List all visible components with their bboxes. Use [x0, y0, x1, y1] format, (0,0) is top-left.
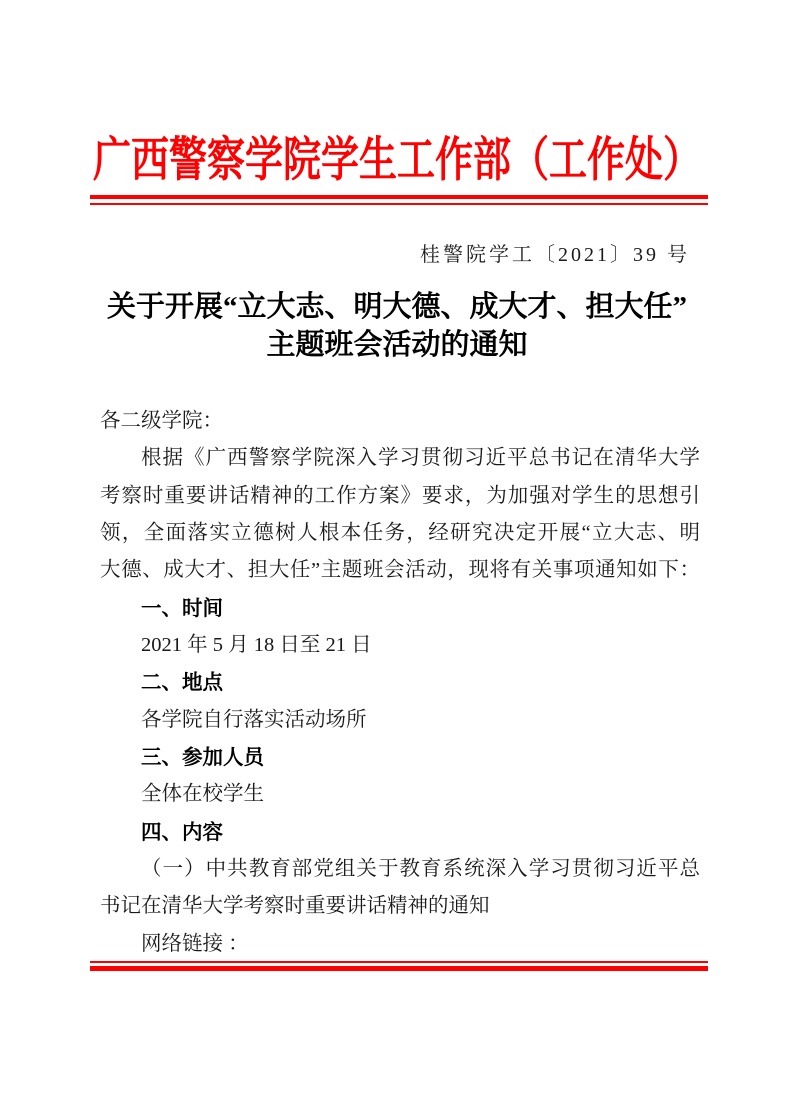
body-line: 四、内容 [100, 814, 700, 851]
notice-title-line-1: 关于开展“立大志、明大德、成大才、担大任” [0, 288, 794, 326]
body-line: 一、时间 [100, 590, 700, 627]
header-rule-thin [90, 203, 708, 205]
body-line: 各学院自行落实活动场所 [100, 702, 700, 739]
document-page: 广西警察学院学生工作部（工作处） 桂警院学工〔2021〕39 号 关于开展“立大… [0, 0, 794, 1108]
body-line: 2021 年 5 月 18 日至 21 日 [100, 627, 700, 664]
header-rule-thick [90, 195, 708, 199]
footer-rule-thin [90, 961, 708, 963]
notice-title-line-2: 主题班会活动的通知 [0, 326, 794, 364]
footer-rule-thick [90, 966, 708, 971]
body-line: 网络链接 ： [100, 926, 700, 963]
notice-body: 各二级学院：根据《广西警察学院深入学习贯彻习近平总书记在清华大学考察时重要讲话精… [100, 403, 700, 963]
body-line: 考察时重要讲话精神的工作方案》要求，为加强对学生的思想引 [100, 478, 700, 515]
body-line: 全体在校学生 [100, 776, 700, 813]
body-line: 二、地点 [100, 664, 700, 701]
doc-number: 桂警院学工〔2021〕39 号 [420, 242, 690, 268]
body-line: 各二级学院： [100, 403, 700, 440]
body-line: 三、参加人员 [100, 739, 700, 776]
body-line: 书记在清华大学考察时重要讲话精神的通知 [100, 888, 700, 925]
notice-title: 关于开展“立大志、明大德、成大才、担大任” 主题班会活动的通知 [0, 288, 794, 364]
body-line: 领，全面落实立德树人根本任务，经研究决定开展“立大志、明 [100, 515, 700, 552]
letterhead-title: 广西警察学院学生工作部（工作处） [0, 137, 794, 185]
body-line: 大德、成大才、担大任”主题班会活动，现将有关事项通知如下： [100, 552, 700, 589]
body-line: 根据《广西警察学院深入学习贯彻习近平总书记在清华大学 [100, 440, 700, 477]
body-line: （一）中共教育部党组关于教育系统深入学习贯彻习近平总 [100, 851, 700, 888]
